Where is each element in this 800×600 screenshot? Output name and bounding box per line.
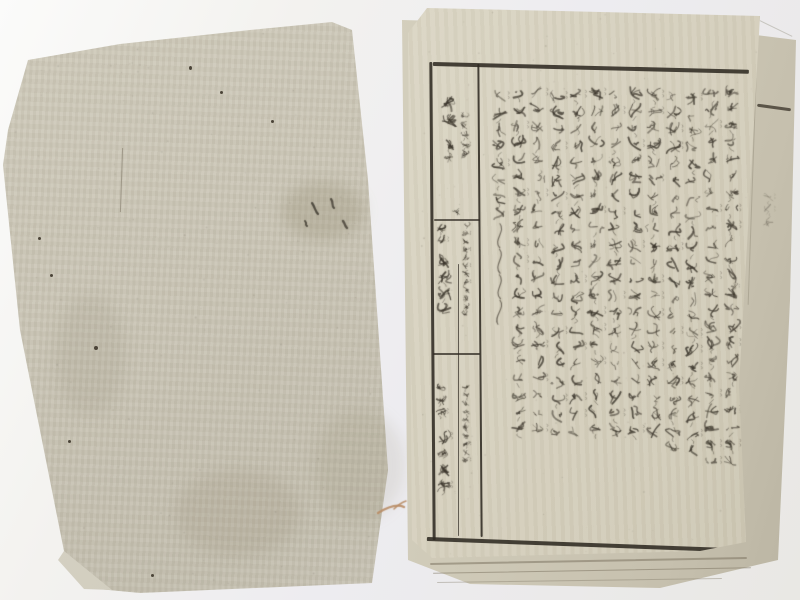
colophon-divider-rule	[477, 64, 482, 537]
editor-address: 東京本所外手町三百六番地	[462, 220, 472, 304]
colophon-section-rule	[434, 219, 480, 221]
ink-spot	[50, 274, 53, 277]
body-column: 六百余人が一日に多人數あつまりて外三名の者	[629, 80, 648, 548]
editor-label: 編輯	[436, 221, 451, 241]
frame-border-bottom	[427, 537, 743, 553]
frame-border-left	[429, 62, 436, 540]
publisher-name: 関根孝助	[436, 426, 456, 482]
body-column: けふとなりては是非なくたゞうろたへ騒ぐのみ	[591, 80, 610, 548]
stain	[175, 470, 300, 555]
stain	[55, 295, 125, 415]
publisher-label: 出版人	[435, 379, 451, 412]
ink-spot	[68, 440, 71, 443]
body-column: さりながら御役人衆の取調はいと嚴しかりける	[572, 80, 591, 548]
notice-date-month: 九月	[443, 138, 459, 160]
publisher-address: 東京本所龜澤町一丁目	[462, 382, 472, 452]
notice-date-day: 日	[452, 205, 463, 213]
colophon-name-box-rule	[458, 264, 459, 536]
ink-spot	[189, 66, 192, 70]
ink-spot	[94, 346, 98, 350]
stain	[282, 182, 364, 240]
body-column: 圖らず同じ寄合となりその場のなりゆきに任せ	[610, 80, 629, 548]
frame-border-top	[433, 62, 749, 73]
body-column: 其後はいづれも改心して家業に精を出しければ	[553, 80, 572, 548]
body-text-block: 此程世間の評判となりし一件の裁判このほど終りて 都合五十五人六月四日を以て夫々言…	[495, 80, 743, 548]
editor-name: 早川幸人	[437, 250, 457, 306]
stain	[315, 410, 405, 520]
body-column: 首魁と目されたる者は懲役七年に處せられしとぞ	[686, 80, 705, 548]
ink-spot	[220, 91, 223, 94]
body-column: 都合五十五人六月四日を以て夫々言ひ渡されけるが	[705, 80, 724, 548]
ink-spot	[271, 120, 274, 123]
body-column: 四日市の在なる百余ヶ村の人民多勢うち寄りて	[648, 80, 667, 548]
body-column: 此程世間の評判となりし一件の裁判このほど終りて	[724, 80, 743, 548]
body-column: もとの如くむつまじく暮しけるこそめでたけれ	[534, 80, 553, 548]
page-edge	[760, 20, 793, 37]
colophon-section-rule	[433, 353, 480, 355]
ink-spot	[151, 574, 154, 577]
ink-spot	[38, 237, 41, 240]
body-column: 子や孫あまた榮えてぞ目出たさうに見えにける	[515, 80, 534, 548]
notice-date-era: 明治十五年	[461, 110, 474, 155]
body-column: めでたしめでたし〳〵〳〵	[496, 80, 515, 548]
body-column: 二等を減ぜられて外の者どもは罰金にて濟みたり	[667, 80, 686, 548]
photo-of-antique-booklet: 御届 明治十五年 九月 日 編輯 東京本所外手町三百六番地 早川幸人 出版人 東…	[0, 0, 800, 600]
notice-label: 御届	[441, 90, 464, 122]
